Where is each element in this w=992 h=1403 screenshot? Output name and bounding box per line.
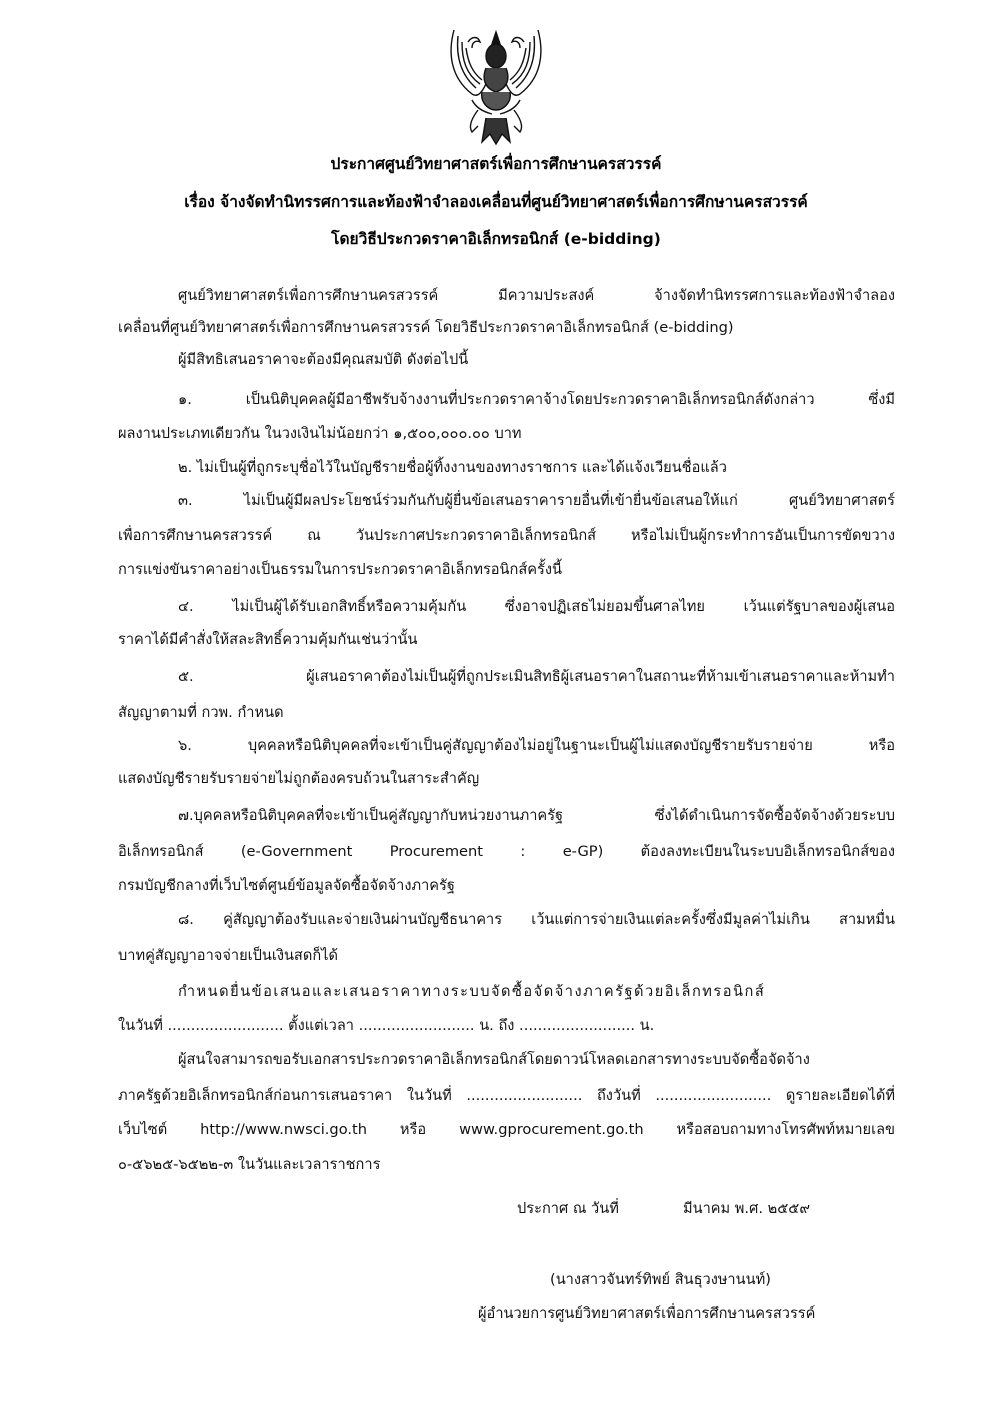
garuda-emblem-icon — [442, 22, 550, 147]
announce-date-month-year: มีนาคม พ.ศ. ๒๕๕๙ — [683, 1199, 810, 1219]
body-line: การแข่งขันราคาอย่างเป็นธรรมในการประกวดรา… — [118, 560, 562, 580]
announce-date-prefix: ประกาศ ณ วันที่ — [517, 1199, 619, 1219]
qualification-1: ๑. เป็นนิติบุคคลผู้มีอาชีพรับจ้างงานที่ป… — [178, 390, 895, 410]
contact-info: เว็บไซต์ http://www.nwsci.go.th หรือ www… — [118, 1120, 895, 1140]
body-line: เคลื่อนที่ศูนย์วิทยาศาสตร์เพื่อการศึกษาน… — [118, 318, 734, 338]
announcement-page: ประกาศศูนย์วิทยาศาสตร์เพื่อการศึกษานครสว… — [0, 0, 992, 1403]
body-line: เพื่อการศึกษานครสวรรค์ ณ วันประกาศประกวด… — [118, 526, 895, 546]
qualification-7: ๗.บุคคลหรือนิติบุคคลที่จะเข้าเป็นคู่สัญญ… — [178, 806, 895, 826]
body-line: ราคาได้มีคำสั่งให้สละสิทธิ์ความคุ้มกันเช… — [118, 630, 417, 650]
heading-method: โดยวิธีประกวดราคาอิเล็กทรอนิกส์ (e-biddi… — [0, 229, 992, 249]
submission-deadline: กำหนดยื่นข้อเสนอและเสนอราคาทางระบบจัดซื้… — [178, 982, 895, 1002]
document-download-info: ผู้สนใจสามารถขอรับเอกสารประกวดราคาอิเล็ก… — [178, 1050, 895, 1070]
body-line: ศูนย์วิทยาศาสตร์เพื่อการศึกษานครสวรรค์ ม… — [178, 286, 895, 306]
qualification-4: ๔. ไม่เป็นผู้ได้รับเอกสิทธิ์หรือความคุ้ม… — [178, 597, 895, 617]
body-line: อิเล็กทรอนิกส์ (e-Government Procurement… — [118, 842, 895, 862]
body-line: สัญญาตามที่ กวพ. กำหนด — [118, 703, 284, 723]
qualification-3: ๓. ไม่เป็นผู้มีผลประโยชน์ร่วมกันกับผู้ยื… — [178, 491, 895, 511]
body-line: ในวันที่ ......................... ตั้งแ… — [118, 1016, 654, 1036]
heading-subject: เรื่อง จ้างจัดทำนิทรรศการและท้องฟ้าจำลอง… — [0, 192, 992, 212]
body-line: ผลงานประเภทเดียวกัน ในวงเงินไม่น้อยกว่า … — [118, 424, 522, 444]
body-line: ๐-๕๖๒๕-๖๕๒๒-๓ ในวันและเวลาราชการ — [118, 1155, 380, 1175]
heading-title: ประกาศศูนย์วิทยาศาสตร์เพื่อการศึกษานครสว… — [0, 154, 992, 174]
qualification-2: ๒. ไม่เป็นผู้ที่ถูกระบุชื่อไว้ในบัญชีราย… — [178, 458, 727, 478]
signatory-name: (นางสาวจันทร์ทิพย์ สินธุวงษานนท์) — [550, 1270, 771, 1290]
body-line: กรมบัญชีกลางที่เว็บไซต์ศูนย์ข้อมูลจัดซื้… — [118, 876, 455, 896]
body-line: บาทคู่สัญญาอาจจ่ายเป็นเงินสดก็ได้ — [118, 946, 338, 966]
qualification-8: ๘. คู่สัญญาต้องรับและจ่ายเงินผ่านบัญชีธน… — [178, 910, 895, 930]
body-line: ภาครัฐด้วยอิเล็กทรอนิกส์ก่อนการเสนอราคา … — [118, 1086, 895, 1106]
qualification-5: ๕. ผู้เสนอราคาต้องไม่เป็นผู้ที่ถูกประเมิ… — [178, 667, 895, 687]
body-line: แสดงบัญชีรายรับรายจ่ายไม่ถูกต้องครบถ้วนใ… — [118, 769, 479, 789]
signatory-title: ผู้อำนวยการศูนย์วิทยาศาสตร์เพื่อการศึกษา… — [478, 1304, 815, 1324]
qualification-6: ๖. บุคคลหรือนิติบุคคลที่จะเข้าเป็นคู่สัญ… — [178, 736, 895, 756]
body-line: ผู้มีสิทธิเสนอราคาจะต้องมีคุณสมบัติ ดังต… — [178, 350, 468, 370]
